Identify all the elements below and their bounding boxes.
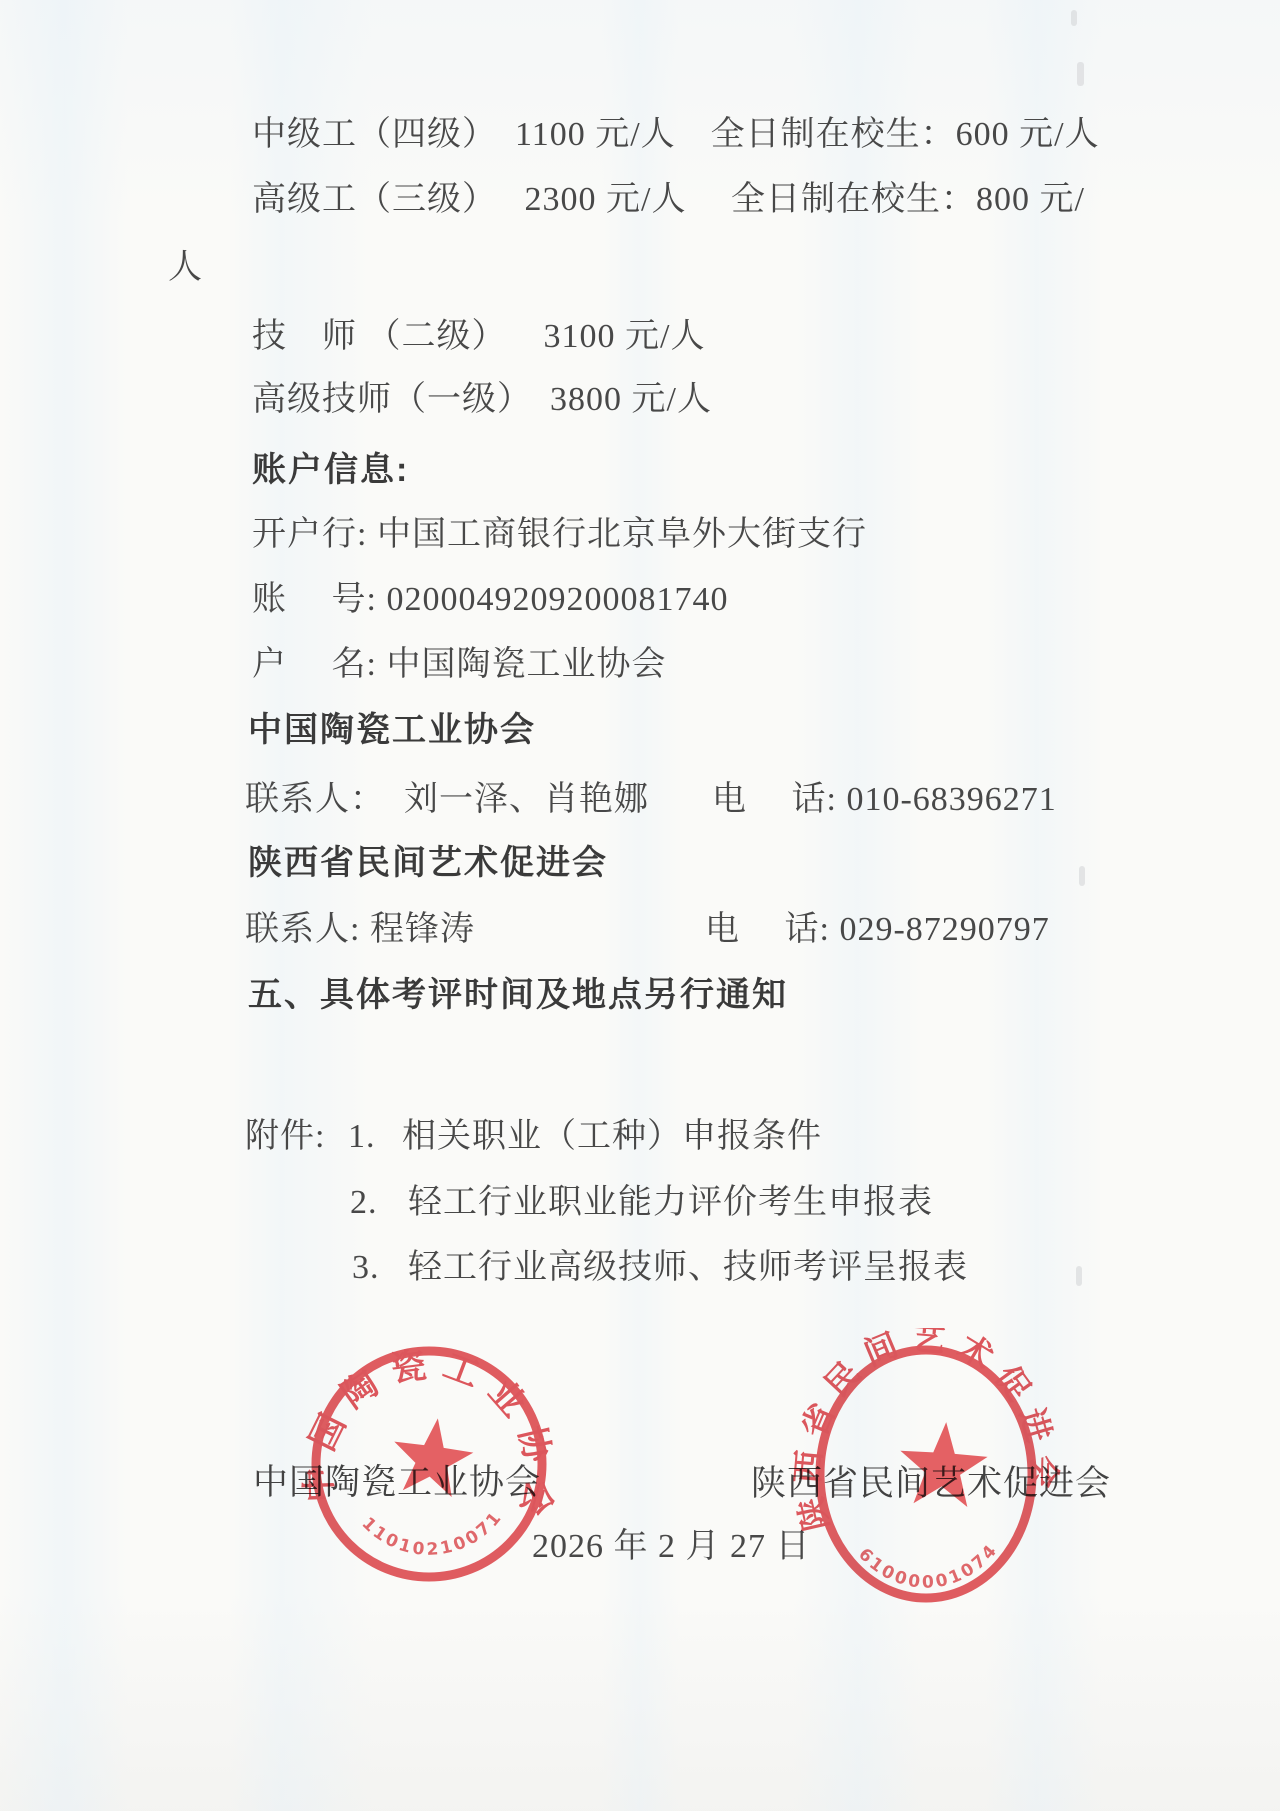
fee-line-senior-technician: 高级技师（一级） 3800 元/人 xyxy=(252,380,712,420)
attachment-item-text: 轻工行业职业能力评价考生申报表 xyxy=(408,1183,933,1223)
org2-name: 陕西省民间艺术促进会 xyxy=(248,843,608,883)
attachment-item-text: 相关职业（工种）申报条件 xyxy=(402,1117,822,1157)
attachment-item-num: 1. xyxy=(348,1117,376,1157)
account-holder: 户 名: 中国陶瓷工业协会 xyxy=(252,645,666,685)
seal-org1: 中国陶瓷工业协会 11010210071012 xyxy=(299,1334,559,1594)
fee-line-technician: 技 师 （二级） 3100 元/人 xyxy=(252,317,705,357)
account-number: 账 号: 0200049209200081740 xyxy=(252,580,728,620)
seal-star-icon xyxy=(388,1413,478,1499)
attachments-label: 附件: xyxy=(245,1117,325,1157)
org2-contact: 联系人: 程锋涛 xyxy=(245,910,475,950)
scan-artifact xyxy=(1079,866,1085,886)
fee-line-intermediate: 中级工（四级） 1100 元/人 全日制在校生：600 元/人 xyxy=(252,115,1100,155)
attachment-item-num: 3. xyxy=(352,1248,380,1288)
seal-org2: 陕西省民间艺术促进会 6100000107471 xyxy=(791,1328,1061,1620)
scan-artifact xyxy=(1076,1266,1082,1286)
document-page: 中级工（四级） 1100 元/人 全日制在校生：600 元/人 高级工（三级） … xyxy=(0,0,1280,1811)
scan-artifact xyxy=(1077,62,1084,86)
seal-arc-text: 陕西省民间艺术促进会 xyxy=(791,1328,1061,1534)
section5-heading: 五、具体考评时间及地点另行通知 xyxy=(248,975,788,1015)
fee-line-senior: 高级工（三级） 2300 元/人 全日制在校生：800 元/ xyxy=(252,180,1085,220)
org1-contact: 联系人： 刘一泽、肖艳娜 xyxy=(245,780,649,820)
signature-date: 2026 年 2 月 27 日 xyxy=(532,1527,811,1567)
attachment-item-text: 轻工行业高级技师、技师考评呈报表 xyxy=(408,1248,968,1288)
seal-star-icon xyxy=(897,1419,990,1508)
org2-phone: 电 话: 029-87290797 xyxy=(705,910,1050,950)
org1-name: 中国陶瓷工业协会 xyxy=(248,710,536,750)
account-heading: 账户信息: xyxy=(252,450,409,490)
org1-phone: 电 话: 010-68396271 xyxy=(712,780,1057,820)
attachment-item-num: 2. xyxy=(350,1183,378,1223)
scan-artifact xyxy=(1071,10,1077,26)
account-bank: 开户行: 中国工商银行北京阜外大街支行 xyxy=(252,515,867,555)
fee-line-senior-wrap: 人 xyxy=(168,248,203,288)
